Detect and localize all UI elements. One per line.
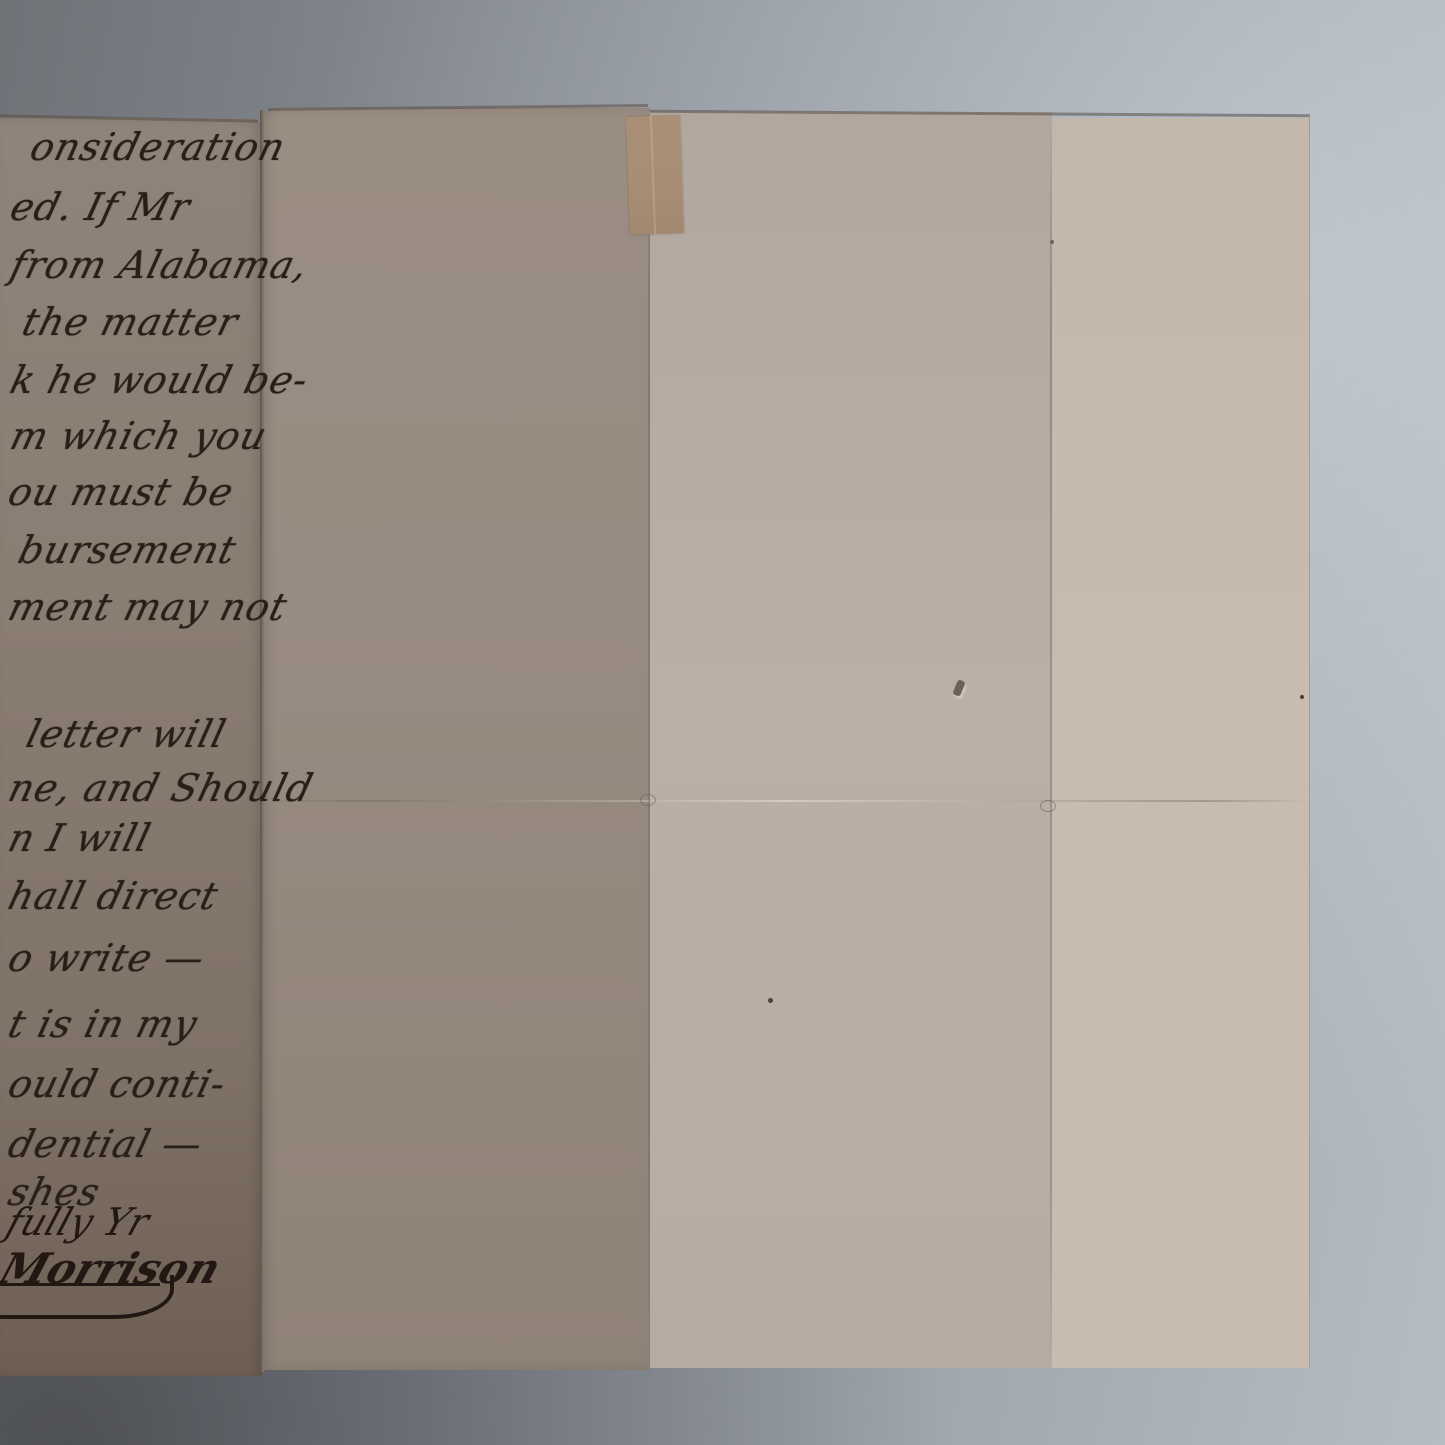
horizontal-fold-crease	[262, 800, 1310, 802]
right-page-outer	[1052, 118, 1310, 1368]
paper-nick	[1300, 695, 1304, 699]
handwritten-line: ould conti-	[4, 1062, 231, 1106]
vertical-fold-crease	[1050, 118, 1052, 1368]
handwritten-line: bursement	[14, 528, 241, 572]
handwritten-line: t is in my	[4, 1002, 202, 1046]
handwritten-line: dential —	[4, 1122, 208, 1166]
crease-wrinkle	[640, 794, 656, 806]
paper-speck	[1050, 240, 1054, 244]
handwritten-line: m which you	[6, 414, 272, 458]
crease-wrinkle	[1040, 800, 1056, 812]
handwritten-line: onsideration	[26, 125, 290, 169]
handwritten-line: ne, and Should	[4, 766, 318, 810]
handwritten-line: letter will	[22, 712, 231, 756]
handwritten-line: hall direct	[4, 874, 223, 918]
handwritten-line: n I will	[4, 816, 156, 860]
adhesive-tape-strip	[626, 115, 684, 235]
page-gutter	[260, 110, 264, 1372]
vertical-fold-crease	[648, 112, 650, 1368]
letter-closing: fully Yr	[1, 1200, 155, 1244]
letter-sheet: onsideration ed. If Mr from Alabama, the…	[0, 0, 1445, 1445]
handwritten-line: the matter	[18, 300, 243, 344]
signature-flourish	[0, 1275, 174, 1319]
handwritten-line: ed. If Mr	[6, 185, 195, 229]
handwritten-line: k he would be-	[6, 358, 313, 402]
middle-page	[262, 108, 650, 1370]
handwritten-line: from Alabama,	[6, 243, 313, 287]
ink-speck	[768, 998, 773, 1003]
handwritten-line: o write —	[4, 936, 210, 980]
handwritten-line: ment may not	[4, 585, 292, 629]
right-page-inner	[650, 112, 1052, 1368]
handwritten-line: ou must be	[4, 470, 239, 514]
